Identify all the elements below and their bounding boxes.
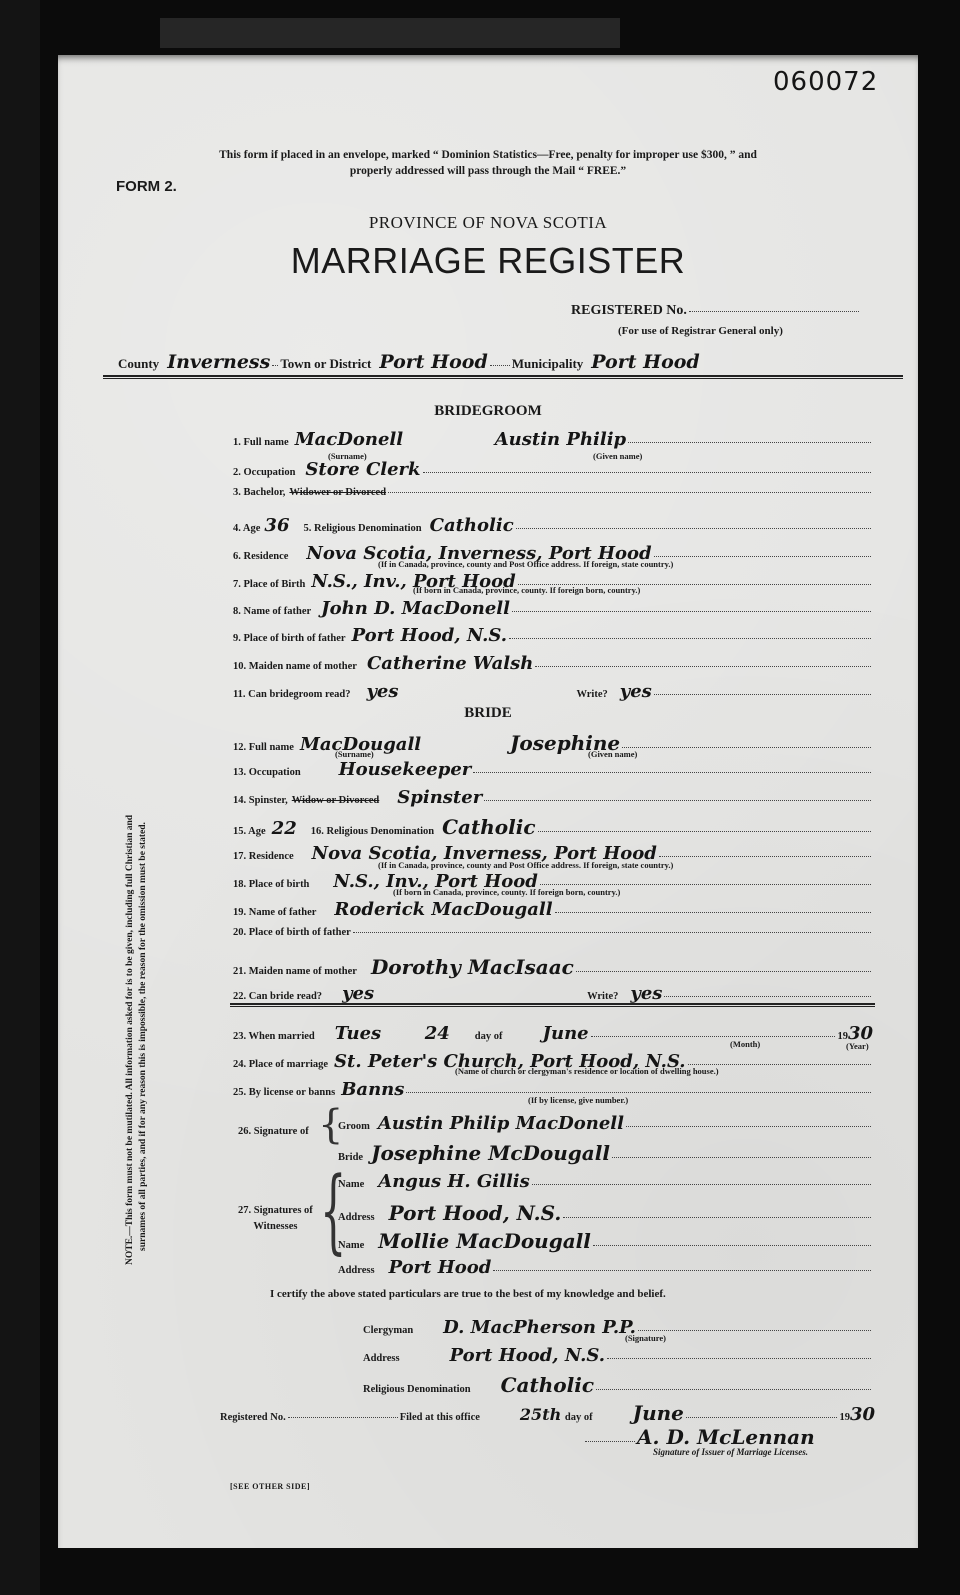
groom-read[interactable]: yes	[366, 681, 576, 702]
groom-father-birthplace-label: 9. Place of birth of father	[233, 633, 346, 644]
marriage-year-note: (Year)	[846, 1041, 869, 1051]
bride-occupation-dots	[473, 772, 871, 773]
bride-birthplace-dots	[540, 884, 871, 885]
bride-religion-dots	[538, 831, 872, 832]
witness-2-address-label: Address	[338, 1265, 375, 1276]
groom-father-birthplace-dots	[509, 638, 871, 639]
county-value[interactable]: Inverness	[167, 351, 270, 373]
bride-section-divider	[230, 1003, 875, 1007]
groom-religion-dots	[516, 528, 871, 529]
groom-surname[interactable]: MacDonell	[295, 429, 495, 450]
clergyman-address-label: Address	[363, 1353, 400, 1364]
bride-write[interactable]: yes	[630, 983, 662, 1004]
groom-full-name-row: 1. Full name MacDonell Austin Philip	[233, 429, 873, 450]
marriage-day[interactable]: 24	[425, 1023, 475, 1044]
form-number: FORM 2.	[116, 178, 177, 195]
witness-1-address-label: Address	[338, 1212, 375, 1223]
registered-no-text: REGISTERED No.	[571, 303, 687, 319]
filed-month-dots	[686, 1417, 838, 1418]
witness-2-name-row: Name Mollie MacDougall	[338, 1229, 873, 1253]
license-value[interactable]: Banns	[341, 1079, 404, 1100]
issuer-note: Signature of Issuer of Marriage Licenses…	[653, 1447, 808, 1457]
groom-full-name-label: 1. Full name	[233, 437, 289, 448]
groom-status-row: 3. Bachelor, Widower or Divorced	[233, 487, 873, 498]
scanner-background-left	[0, 0, 40, 1595]
groom-signature-row: Groom Austin Philip MacDonell	[338, 1113, 873, 1134]
marriage-day-of-label: day of	[475, 1031, 503, 1042]
postal-notice-line-1: This form if placed in an envelope, mark…	[58, 147, 918, 163]
clergyman-signature[interactable]: D. MacPherson P.P.	[443, 1317, 636, 1338]
groom-occupation[interactable]: Store Clerk	[305, 459, 420, 480]
clergyman-address[interactable]: Port Hood, N.S.	[450, 1345, 605, 1366]
clergyman-address-dots	[607, 1358, 871, 1359]
groom-read-label: 11. Can bridegroom read?	[233, 689, 350, 700]
clergyman-signature-note: (Signature)	[625, 1333, 666, 1343]
groom-father-birthplace-row: 9. Place of birth of father Port Hood, N…	[233, 625, 873, 646]
groom-birthplace-label: 7. Place of Birth	[233, 579, 305, 590]
bride-write-dots	[664, 996, 871, 997]
bride-residence-label: 17. Residence	[233, 851, 294, 862]
bride-full-name-row: 12. Full name MacDougall Josephine	[233, 731, 873, 755]
bride-mother-label: 21. Maiden name of mother	[233, 966, 357, 977]
groom-birthplace-note: (If born in Canada, province, county. If…	[413, 585, 640, 595]
see-other-side: [SEE OTHER SIDE]	[230, 1482, 310, 1491]
groom-status-struck-options: Widower or Divorced	[289, 487, 386, 498]
clergyman-row: Clergyman D. MacPherson P.P.	[363, 1317, 873, 1338]
district-label: Town or District	[280, 356, 371, 372]
clergyman-address-row: Address Port Hood, N.S.	[363, 1345, 873, 1366]
witness-1-address-row: Address Port Hood, N.S.	[338, 1201, 873, 1225]
bride-read-label: 22. Can bride read?	[233, 991, 322, 1002]
groom-occupation-row: 2. Occupation Store Clerk	[233, 459, 873, 480]
groom-residence-label: 6. Residence	[233, 551, 288, 562]
groom-status-label: 3. Bachelor,	[233, 487, 285, 498]
bride-father-birthplace-label: 20. Place of birth of father	[233, 927, 351, 938]
groom-father-dots	[512, 611, 871, 612]
witnesses-label: 27. Signatures of Witnesses	[238, 1203, 313, 1235]
groom-age[interactable]: 36	[264, 515, 289, 536]
county-label: County	[118, 356, 159, 372]
bride-signature-dots	[612, 1157, 871, 1158]
groom-religion-label: 5. Religious Denomination	[303, 523, 421, 534]
groom-occupation-label: 2. Occupation	[233, 467, 295, 478]
filed-year[interactable]: 30	[850, 1404, 875, 1425]
district-dots	[490, 365, 510, 366]
clergyman-label: Clergyman	[363, 1325, 413, 1336]
bride-surname-note: (Surname)	[335, 749, 374, 759]
bride-occupation[interactable]: Housekeeper	[339, 759, 472, 780]
bridegroom-heading: BRIDEGROOM	[58, 403, 918, 420]
bride-father-birthplace-row: 20. Place of birth of father	[233, 927, 873, 938]
bride-father-dots	[555, 912, 871, 913]
bride-father-row: 19. Name of father Roderick MacDougall	[233, 899, 873, 920]
bride-status-label: 14. Spinster,	[233, 795, 288, 806]
bride-write-label: Write?	[587, 991, 618, 1002]
district-value[interactable]: Port Hood	[379, 351, 487, 373]
side-note: NOTE.—This form must not be mutilated. A…	[124, 605, 150, 1265]
marriage-place-note: (Name of church or clergyman's residence…	[455, 1066, 719, 1076]
bride-mother[interactable]: Dorothy MacIsaac	[371, 955, 574, 979]
groom-status-dots	[388, 492, 871, 493]
witness-1-name-dots	[532, 1184, 871, 1185]
bride-religion[interactable]: Catholic	[442, 815, 535, 839]
marriage-place-dots	[688, 1064, 871, 1065]
archive-number: 060072	[773, 67, 878, 97]
when-married-label: 23. When married	[233, 1031, 315, 1042]
marriage-month[interactable]: June	[542, 1023, 588, 1044]
filed-label: Filed at this office	[400, 1412, 480, 1423]
bride-heading: BRIDE	[58, 705, 918, 722]
bride-full-name-label: 12. Full name	[233, 742, 294, 753]
witness-2-address-row: Address Port Hood	[338, 1257, 873, 1278]
groom-age-religion-row: 4. Age 36 5. Religious Denomination Cath…	[233, 515, 873, 536]
groom-father-label: 8. Name of father	[233, 606, 311, 617]
bride-status-dots	[484, 800, 871, 801]
groom-residence-dots	[654, 556, 871, 557]
marriage-weekday[interactable]: Tues	[335, 1023, 425, 1044]
bride-residence-note: (If in Canada, province, county and Post…	[378, 860, 673, 870]
witness-1-address-dots	[563, 1217, 871, 1218]
groom-father[interactable]: John D. MacDonell	[321, 598, 510, 619]
groom-residence-note: (If in Canada, province, county and Post…	[378, 559, 673, 569]
issuer-signature[interactable]: A. D. McLennan	[637, 1425, 815, 1449]
registered-no-note: (For use of Registrar General only)	[618, 325, 783, 337]
bride-status[interactable]: Spinster	[397, 787, 482, 808]
postal-notice-line-2: properly addressed will pass through the…	[58, 163, 918, 179]
clergyman-religion-row: Religious Denomination Catholic	[363, 1373, 873, 1397]
witness-2-name[interactable]: Mollie MacDougall	[378, 1229, 591, 1253]
bride-age-religion-row: 15. Age 22 16. Religious Denomination Ca…	[233, 815, 873, 839]
witnesses-label-line-1: 27. Signatures of	[238, 1203, 313, 1219]
groom-signature[interactable]: Austin Philip MacDonell	[378, 1113, 624, 1134]
bride-birthplace-note: (If born in Canada, province, county. If…	[393, 887, 620, 897]
marriage-month-note: (Month)	[730, 1039, 760, 1049]
groom-write-dots	[654, 694, 871, 695]
page-title: MARRIAGE REGISTER	[58, 240, 918, 282]
bride-signature[interactable]: Josephine McDougall	[371, 1141, 610, 1165]
bride-father-birthplace-dots	[353, 932, 871, 933]
groom-father-row: 8. Name of father John D. MacDonell	[233, 598, 873, 619]
groom-signature-label: Groom	[338, 1121, 370, 1132]
filed-month[interactable]: June	[633, 1401, 684, 1425]
bride-age[interactable]: 22	[272, 818, 297, 839]
county-dots	[272, 365, 278, 366]
groom-mother-row: 10. Maiden name of mother Catherine Wals…	[233, 653, 873, 674]
bride-occupation-row: 13. Occupation Housekeeper	[233, 759, 873, 780]
bride-surname[interactable]: MacDougall	[300, 734, 510, 755]
groom-mother-label: 10. Maiden name of mother	[233, 661, 357, 672]
bride-status-row: 14. Spinster, Widow or Divorced Spinster	[233, 787, 873, 808]
bride-mother-row: 21. Maiden name of mother Dorothy MacIsa…	[233, 955, 873, 979]
groom-age-label: 4. Age	[233, 523, 260, 534]
clergyman-dots	[638, 1330, 871, 1331]
bride-read-write-row: 22. Can bride read? yes Write? yes	[233, 983, 873, 1004]
bride-residence-dots	[659, 856, 871, 857]
filing-row: Registered No. Filed at this office 25th…	[220, 1401, 875, 1425]
clergyman-religion-dots	[596, 1389, 871, 1390]
bride-given-note: (Given name)	[588, 749, 637, 759]
bride-father-label: 19. Name of father	[233, 907, 316, 918]
side-note-line-2: surnames of all parties, and if for any …	[137, 605, 150, 1265]
groom-father-birthplace[interactable]: Port Hood, N.S.	[352, 625, 507, 646]
groom-signature-dots	[626, 1126, 871, 1127]
clergyman-religion-label: Religious Denomination	[363, 1384, 471, 1395]
signature-of-label: 26. Signature of	[238, 1126, 309, 1137]
groom-write[interactable]: yes	[620, 681, 652, 702]
municipality-label: Municipality	[512, 356, 584, 372]
side-note-line-1: NOTE.—This form must not be mutilated. A…	[124, 605, 137, 1265]
marriage-month-dots	[591, 1036, 836, 1037]
groom-mother-dots	[535, 666, 871, 667]
witness-1-name-label: Name	[338, 1179, 364, 1190]
marriage-register-form: 060072 This form if placed in an envelop…	[58, 55, 918, 1548]
location-row: County Inverness Town or District Port H…	[118, 351, 898, 373]
license-dots	[406, 1092, 871, 1093]
groom-occupation-dots	[423, 472, 871, 473]
registered-no-label: REGISTERED No.	[571, 303, 861, 319]
marriage-place-label: 24. Place of marriage	[233, 1059, 328, 1070]
filed-year-prefix: 19	[839, 1412, 850, 1423]
certification-statement: I certify the above stated particulars a…	[270, 1288, 666, 1300]
groom-name-dots	[628, 442, 871, 443]
filed-day[interactable]: 25th	[520, 1405, 565, 1424]
when-married-row: 23. When married Tues 24 day of June 19 …	[233, 1023, 873, 1044]
license-note: (If by license, give number.)	[528, 1095, 628, 1105]
filing-registered-no-label: Registered No.	[220, 1412, 286, 1423]
groom-mother[interactable]: Catherine Walsh	[367, 653, 533, 674]
bride-status-struck-options: Widow or Divorced	[292, 795, 380, 806]
witness-2-name-label: Name	[338, 1240, 364, 1251]
bride-read[interactable]: yes	[342, 983, 587, 1004]
registered-no-field[interactable]	[689, 311, 859, 312]
groom-write-label: Write?	[576, 689, 607, 700]
witness-1-address[interactable]: Port Hood, N.S.	[389, 1201, 562, 1225]
bride-occupation-label: 13. Occupation	[233, 767, 301, 778]
witness-2-address-dots	[493, 1270, 871, 1271]
issuer-signature-dots	[585, 1441, 635, 1442]
bride-signature-row: Bride Josephine McDougall	[338, 1141, 873, 1165]
witness-1-name[interactable]: Angus H. Gillis	[378, 1171, 530, 1192]
bride-mother-dots	[576, 971, 871, 972]
bride-birthplace-label: 18. Place of birth	[233, 879, 309, 890]
bride-age-label: 15. Age	[233, 826, 266, 837]
groom-read-write-row: 11. Can bridegroom read? yes Write? yes	[233, 681, 873, 702]
province-heading: PROVINCE OF NOVA SCOTIA	[58, 213, 918, 233]
issuer-signature-row: A. D. McLennan	[583, 1425, 873, 1449]
bride-father[interactable]: Roderick MacDougall	[334, 899, 552, 920]
filing-registered-no-field[interactable]	[288, 1417, 398, 1418]
bride-name-dots	[622, 747, 871, 748]
groom-given-name[interactable]: Austin Philip	[495, 429, 626, 450]
witness-2-name-dots	[593, 1245, 871, 1246]
bride-religion-label: 16. Religious Denomination	[311, 826, 434, 837]
postal-notice: This form if placed in an envelope, mark…	[58, 147, 918, 179]
witnesses-label-line-2: Witnesses	[238, 1219, 313, 1235]
groom-religion[interactable]: Catholic	[430, 515, 514, 536]
clergyman-religion[interactable]: Catholic	[501, 1373, 594, 1397]
witness-2-address[interactable]: Port Hood	[389, 1257, 492, 1278]
witness-1-name-row: Name Angus H. Gillis	[338, 1171, 873, 1192]
municipality-value[interactable]: Port Hood	[591, 351, 699, 373]
filed-day-of-label: day of	[565, 1412, 593, 1423]
scanner-background-top-sheet	[160, 18, 620, 48]
header-divider	[103, 375, 903, 379]
license-label: 25. By license or banns	[233, 1087, 335, 1098]
